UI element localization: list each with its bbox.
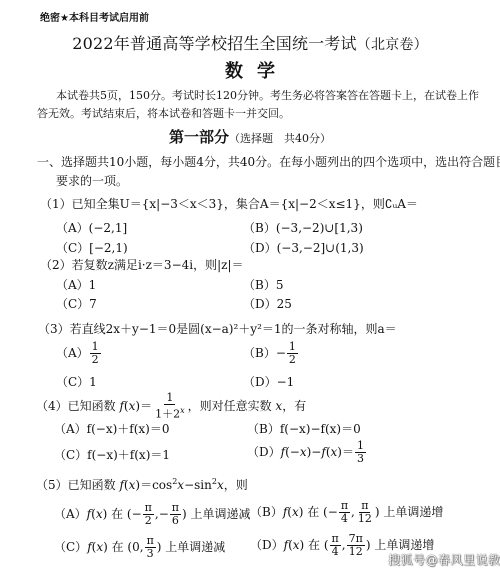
q1-option-c: （C）[−2,1) xyxy=(56,239,128,256)
fraction-one-third: 13 xyxy=(355,440,366,465)
section-instructions-line-2: 要求的一项。 xyxy=(56,172,128,189)
q2-option-a: （A）1 xyxy=(56,276,96,293)
exam-title: 2022年普通高等学校招生全国统一考试（北京卷） xyxy=(0,31,500,54)
q5-option-a: （A）f(x) 在 (−π2,−π6) 上单调递减 xyxy=(54,502,251,527)
part-title: 第一部分 xyxy=(169,128,229,146)
option-label: （B） xyxy=(243,346,276,360)
question-1-stem: （1）已知全集U＝{x|−3＜x＜3}，集合A＝{x|−2＜x≤1}，则∁ᵤA＝ xyxy=(40,195,418,212)
option-label: （C） xyxy=(54,540,87,554)
fraction-one-half: 12 xyxy=(90,341,101,366)
section-instructions-line-1: 一、选择题共10小题，每小题4分，共40分。在每小题列出的四个选项中，选出符合题… xyxy=(37,153,500,170)
q2-option-d: （D）25 xyxy=(243,295,292,312)
question-number: （4） xyxy=(36,399,68,413)
q4-option-c: （C）f(−x)＋f(x)＝1 xyxy=(54,446,170,463)
part-subtitle: （选择题 共40分） xyxy=(229,132,331,145)
question-4-stem: （4）已知函数 f(x)＝11＋2x，则对任意实数 x，有 xyxy=(36,392,306,421)
option-label: （B） xyxy=(250,505,283,519)
instructions-line-1: 本试卷共5页，150分。考试时长120分钟。考生务必将答案答在答题卡上，在试卷上… xyxy=(56,87,479,103)
question-5-stem: （5）已知函数 f(x)＝cos2x−sin2x，则 xyxy=(36,476,248,493)
instructions-line-2: 答无效。考试结束后，将本试卷和答题卡一并交回。 xyxy=(37,105,290,121)
q4-option-a: （A）f(−x)＋f(x)＝0 xyxy=(54,420,170,437)
q3-option-c: （C）1 xyxy=(56,373,97,390)
fraction-one-half: 12 xyxy=(287,341,298,366)
question-2-stem: （2）若复数z满足i·z＝3−4i，则|z|＝ xyxy=(40,256,244,273)
q3-option-d: （D）−1 xyxy=(243,373,294,390)
option-label: （A） xyxy=(54,507,87,521)
question-3-stem: （3）若直线2x＋y−1＝0是圆(x−a)²＋y²＝1的一条对称轴，则a＝ xyxy=(38,320,397,337)
part-heading: 第一部分（选择题 共40分） xyxy=(0,126,500,147)
q3-option-a: （A）12 xyxy=(56,341,102,366)
q1-option-b: （B）(−3,−2)∪[1,3) xyxy=(243,219,363,236)
question-number: （5） xyxy=(36,478,68,492)
option-label: （A） xyxy=(56,346,89,360)
q2-option-b: （B）5 xyxy=(243,276,283,293)
confidential-notice: 绝密★本科目考试启用前 xyxy=(40,9,149,24)
q1-option-a: （A）(−2,1] xyxy=(56,219,127,236)
exam-region: （北京卷） xyxy=(357,37,428,53)
q5-option-b: （B）f(x) 在 (−π4,π12) 上单调递增 xyxy=(250,500,443,525)
q4-option-b: （B）f(−x)−f(x)＝0 xyxy=(247,420,361,437)
q1-option-d: （D）(−3,−2]∪(1,3) xyxy=(243,239,364,256)
subject-title: 数学 xyxy=(0,57,500,83)
exam-title-text: 2022年普通高等学校招生全国统一考试 xyxy=(72,34,357,53)
watermark: 搜狐号@春风里说教育 xyxy=(388,551,500,568)
option-label: （D） xyxy=(247,445,281,459)
q2-option-c: （C）7 xyxy=(56,295,97,312)
q3-option-b: （B）−12 xyxy=(243,341,299,366)
q4-option-d: （D）f(−x)−f(x)＝13 xyxy=(247,440,367,465)
q5-option-c: （C）f(x) 在 (0,π3) 上单调递减 xyxy=(54,535,225,560)
fraction-f-definition: 11＋2x xyxy=(153,392,187,421)
option-label: （D） xyxy=(250,538,284,552)
